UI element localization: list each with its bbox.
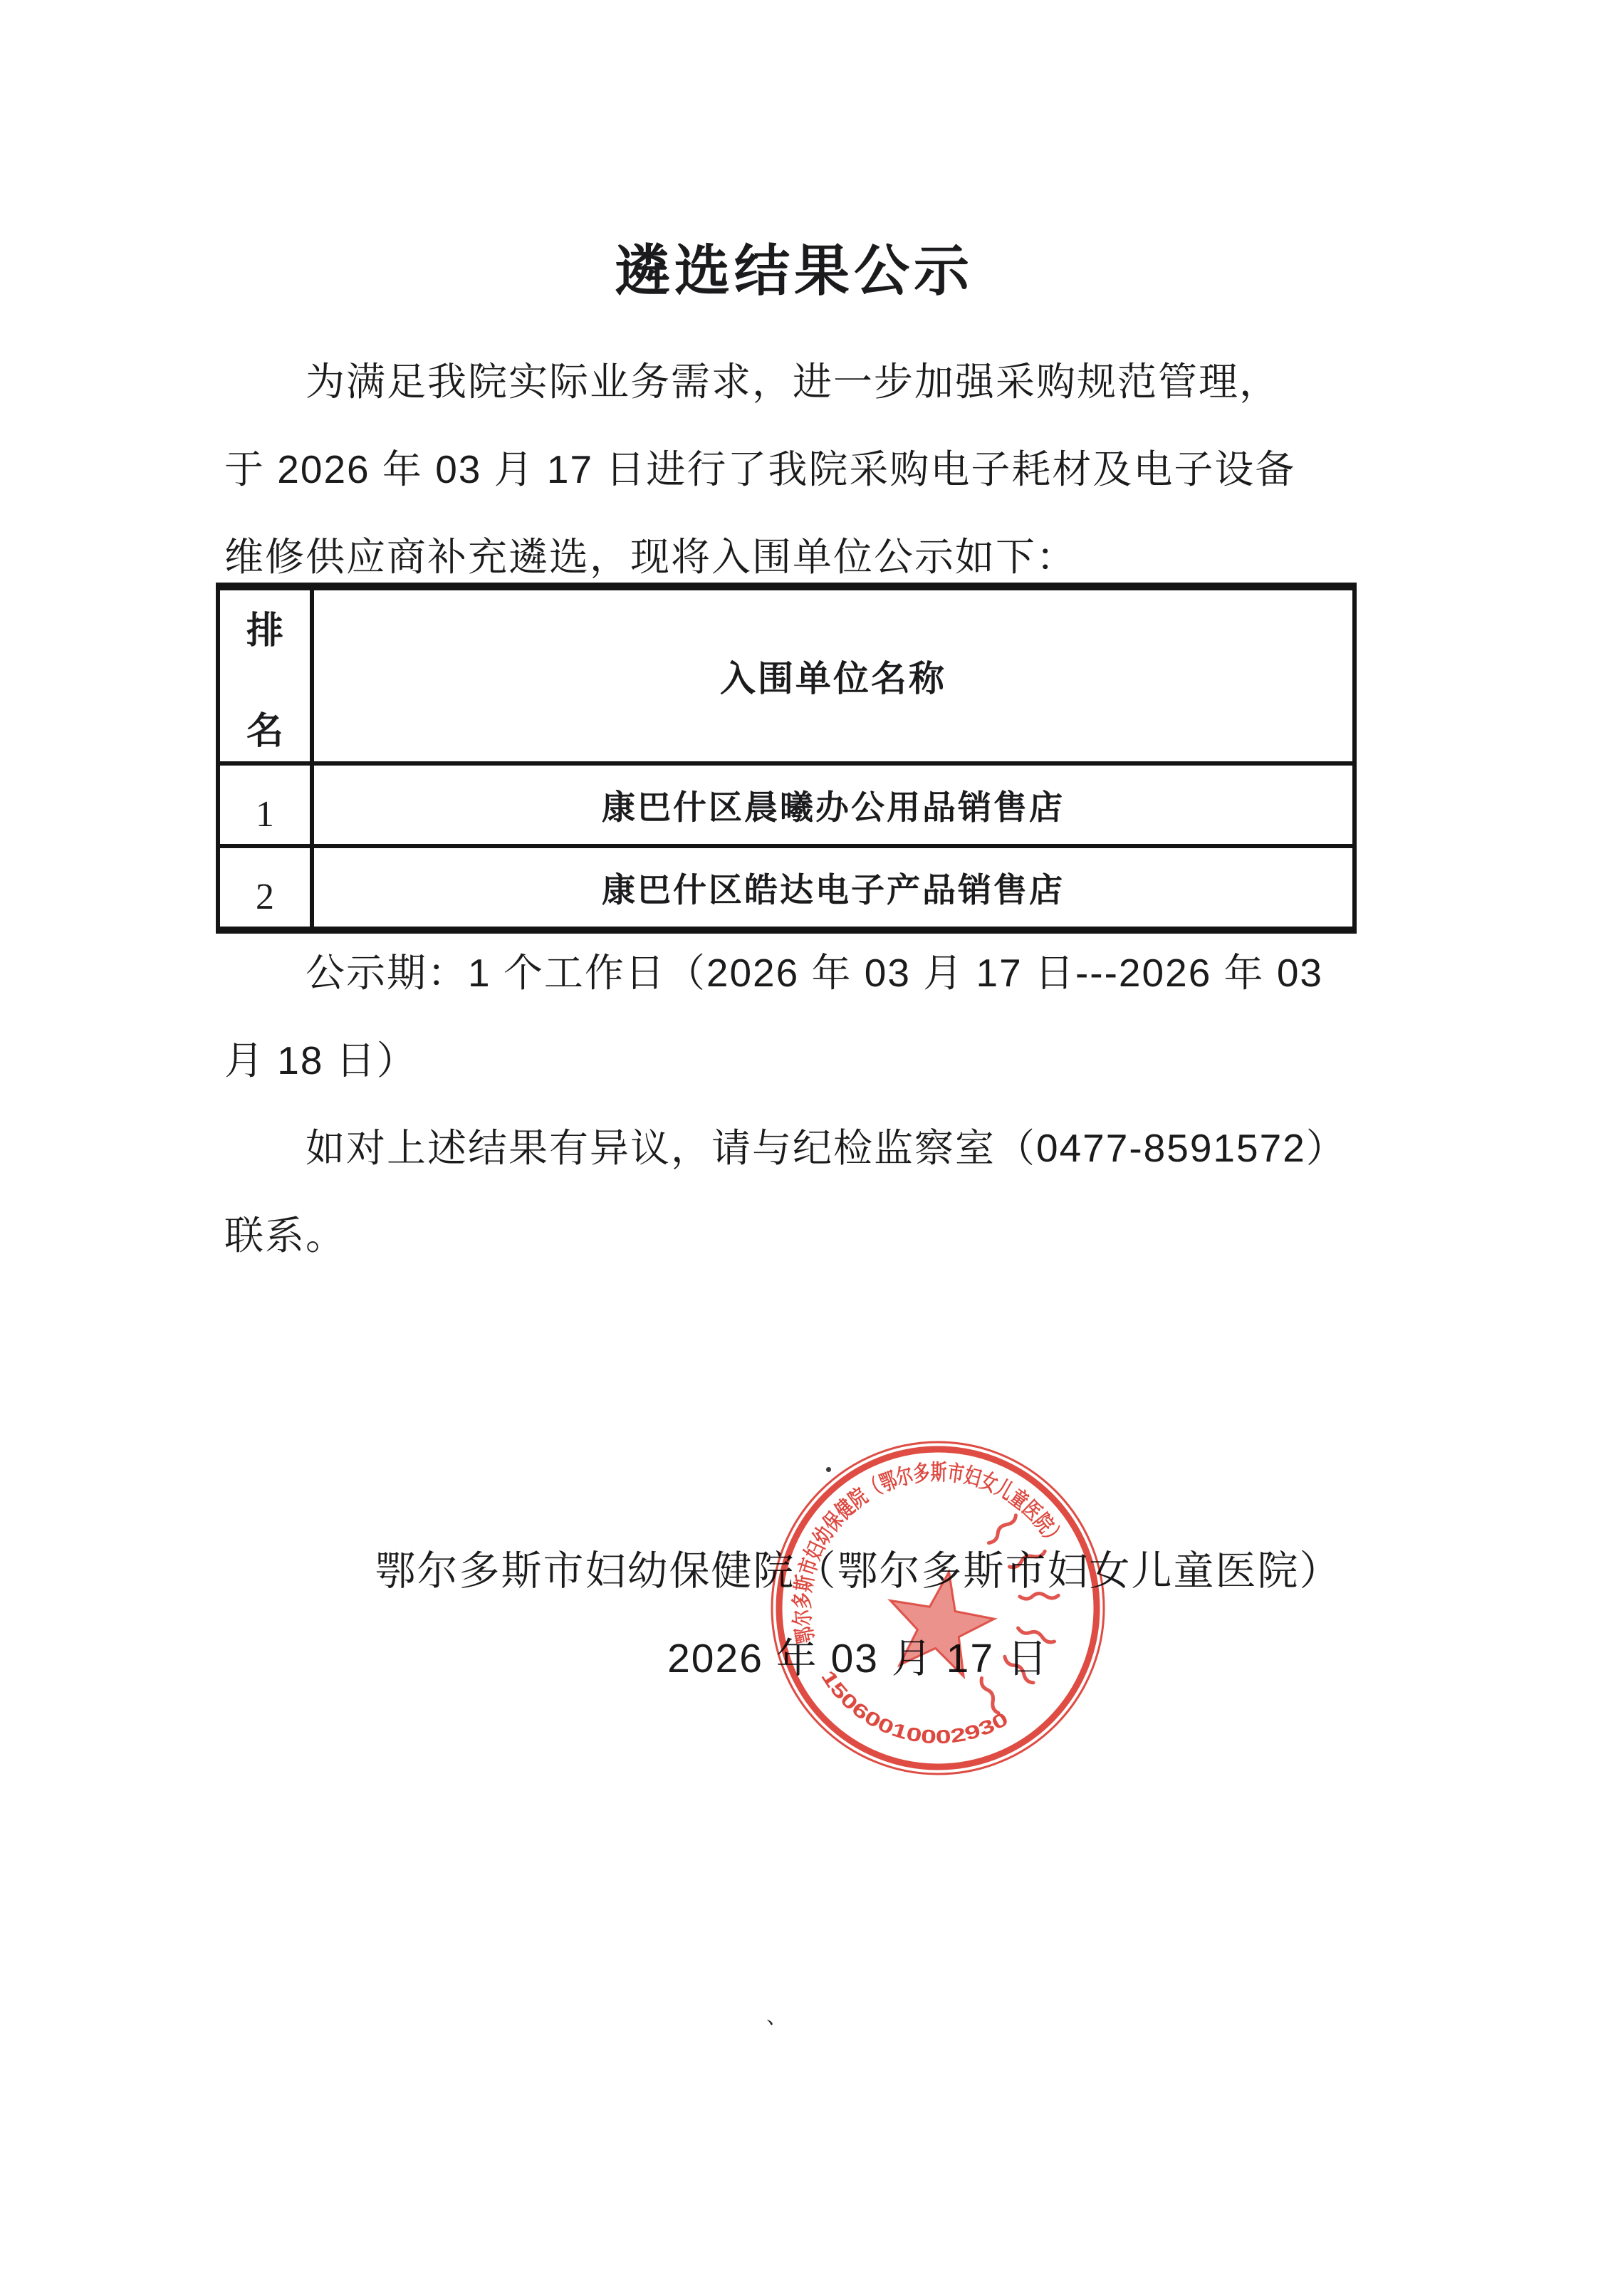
rank-cell: 1: [220, 766, 314, 844]
result-table: 排 名 入围单位名称 1 康巴什区晨曦办公用品销售店 2 康巴什区皓达电子产品销…: [216, 583, 1357, 934]
company-name-cell: 康巴什区皓达电子产品销售店: [314, 848, 1352, 927]
seal-star-icon: [880, 1562, 1001, 1680]
body-line-5: 月 18 日）: [224, 1029, 1371, 1085]
rank-header-char-top: 排: [246, 600, 283, 654]
body-line-7: 联系。: [224, 1204, 1371, 1261]
official-seal: 鄂尔多斯市妇幼保健院（鄂尔多斯市妇女儿童医院） 15060010002930: [760, 1430, 1116, 1786]
rank-cell: 2: [220, 848, 314, 927]
document-title: 遴选结果公示: [224, 226, 1364, 306]
body-line-1: 为满足我院实际业务需求，进一步加强采购规范管理，: [224, 350, 1452, 407]
stray-mark: 、: [766, 1998, 788, 2030]
table-header-row: 排 名 入围单位名称: [220, 590, 1352, 761]
table-row: 2 康巴什区皓达电子产品销售店: [220, 844, 1352, 927]
name-header-cell: 入围单位名称: [314, 590, 1352, 761]
scan-speck: [826, 1467, 831, 1472]
document-page: 遴选结果公示 为满足我院实际业务需求，进一步加强采购规范管理， 于 2026 年…: [0, 0, 1618, 2296]
body-line-2: 于 2026 年 03 月 17 日进行了我院采购电子耗材及电子设备: [224, 438, 1371, 494]
body-line-6: 如对上述结果有异议，请与纪检监察室（0477-8591572）: [224, 1117, 1452, 1173]
body-line-3: 维修供应商补充遴选，现将入围单位公示如下：: [224, 526, 1371, 582]
rank-header-cell: 排 名: [220, 590, 314, 761]
table-row: 1 康巴什区晨曦办公用品销售店: [220, 761, 1352, 844]
company-name-cell: 康巴什区晨曦办公用品销售店: [314, 766, 1352, 844]
rank-header-char-bottom: 名: [246, 701, 283, 754]
body-line-4: 公示期：1 个工作日（2026 年 03 月 17 日---2026 年 03: [224, 941, 1452, 998]
